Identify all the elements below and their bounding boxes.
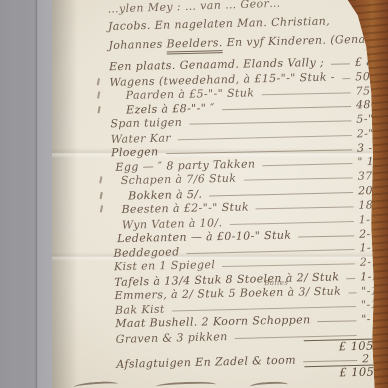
margin-ink-mark	[100, 192, 103, 199]
interlinear-insertion: Balies	[264, 278, 288, 286]
margin-ink-mark	[100, 206, 103, 213]
leader-line	[189, 121, 351, 125]
leader-line	[346, 278, 355, 279]
leader-line	[166, 149, 352, 154]
margin-ink-mark	[97, 91, 100, 98]
clipped-bottom-line	[60, 374, 360, 388]
leader-line	[243, 178, 352, 181]
leader-line	[229, 221, 353, 225]
row-label: Ploegen	[111, 145, 159, 159]
leader-line	[187, 249, 355, 254]
leader-line	[209, 192, 353, 197]
margin-ink-mark	[99, 177, 102, 184]
leader-line	[256, 207, 354, 210]
leader-line	[303, 360, 357, 362]
handwritten-content: …ylen Mey : … van … Geor… Jacobs. En nag…	[107, 0, 388, 384]
leader-line	[222, 106, 351, 110]
leader-line	[348, 292, 356, 293]
ledger-rows: Een plaats. Genaamd. Elands Vally ;£ 800…	[109, 52, 388, 384]
leader-line	[298, 235, 354, 237]
illegible-handwriting-stroke	[250, 381, 288, 388]
leader-line	[331, 64, 350, 65]
illegible-handwriting-stroke	[156, 381, 216, 388]
underlined-surname: Beelders.	[166, 36, 223, 54]
header-line-3-pre: Johannes	[108, 38, 166, 52]
leader-line	[262, 163, 352, 166]
leader-line	[235, 335, 357, 339]
leader-line	[342, 78, 350, 79]
leader-line	[222, 264, 355, 268]
margin-ink-mark	[97, 106, 100, 113]
row-label: Graven & 3 pikken	[116, 330, 228, 346]
manuscript-page: …ylen Mey : … van … Geor… Jacobs. En nag…	[52, 0, 388, 388]
gutter-shadow	[52, 0, 78, 388]
gutter-seam-line	[36, 0, 37, 388]
leader-line	[178, 135, 352, 140]
row-label: Span tuigen	[110, 116, 182, 130]
leader-line	[318, 321, 357, 323]
leader-line	[261, 92, 350, 95]
illegible-handwriting-stroke	[74, 380, 118, 388]
margin-ink-mark	[97, 78, 100, 85]
